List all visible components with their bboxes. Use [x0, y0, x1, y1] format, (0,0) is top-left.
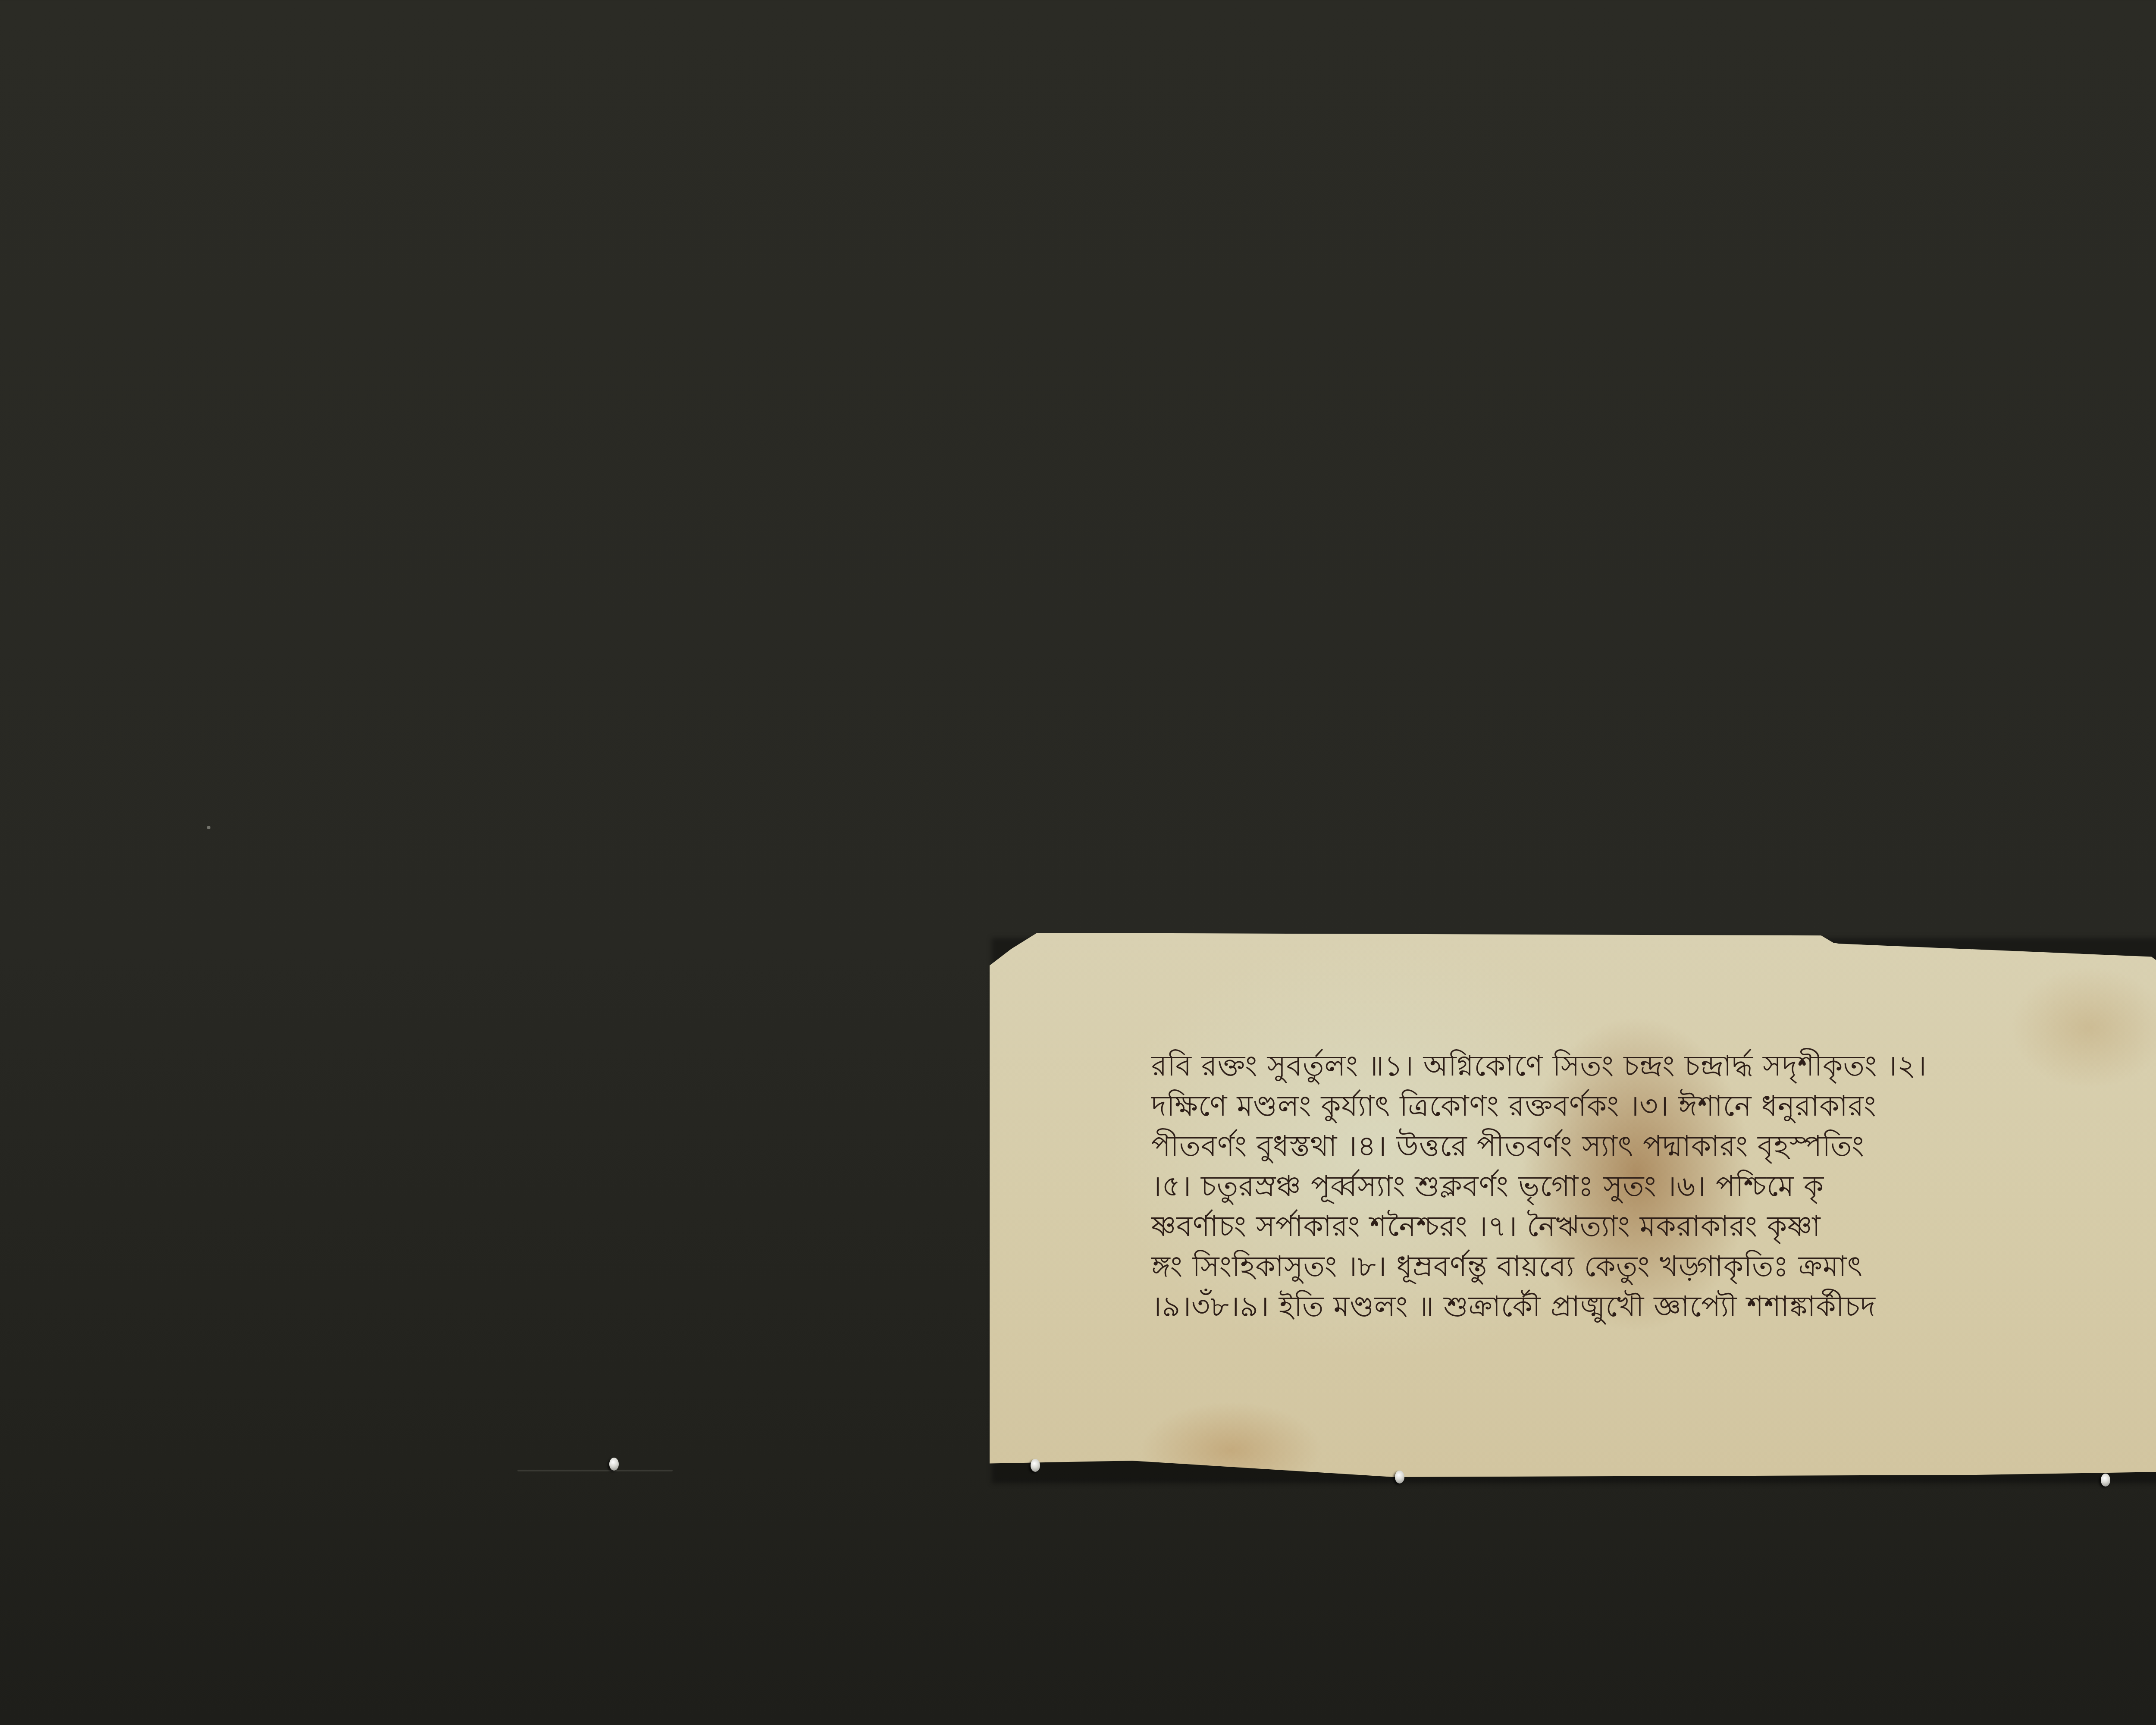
manuscript-line-1: রবি রক্তং সুবর্তুলং ॥১। অগ্নিকোণে সিতং চ…: [1151, 1046, 1927, 1086]
pin-icon: [1031, 1459, 1040, 1472]
manuscript-line-7: ।৯।৩ঁ৮।৯। ইতি মণ্ডলং ॥ শুক্রার্কৌ প্রাঙ্…: [1151, 1286, 1927, 1327]
manuscript-line-4: ।৫। চতুরস্রঞ্চ পূর্ব্বস্যাং শুক্লবর্ণং ভ…: [1151, 1166, 1927, 1206]
manuscript-text: রবি রক্তং সুবর্তুলং ॥১। অগ্নিকোণে সিতং চ…: [1151, 1046, 1927, 1327]
manuscript-line-6: ঙ্গং সিংহিকাসুতং ।৮। ধূম্রবর্ণন্তু বায়ব…: [1151, 1246, 1927, 1286]
manuscript-line-5: ষ্ণবর্ণাচং সর্পাকারং শনৈশ্চরং ।৭। নৈঋত্য…: [1151, 1206, 1927, 1246]
board-scratch-left: [517, 1470, 673, 1471]
manuscript-line-3: পীতবর্ণং বুধস্তথা ।৪। উত্তরে পীতবর্ণং স্…: [1151, 1126, 1927, 1166]
pin-icon: [1395, 1471, 1404, 1483]
display-board: রবি রক্তং সুবর্তুলং ॥১। অগ্নিকোণে সিতং চ…: [0, 0, 2156, 1725]
board-speck: [207, 826, 210, 829]
manuscript-line-2: দক্ষিণে মণ্ডলং কুর্য্যাৎ ত্রিকোণং রক্তবর…: [1151, 1086, 1927, 1126]
pin-icon: [2101, 1474, 2110, 1487]
pin-icon: [609, 1458, 619, 1471]
